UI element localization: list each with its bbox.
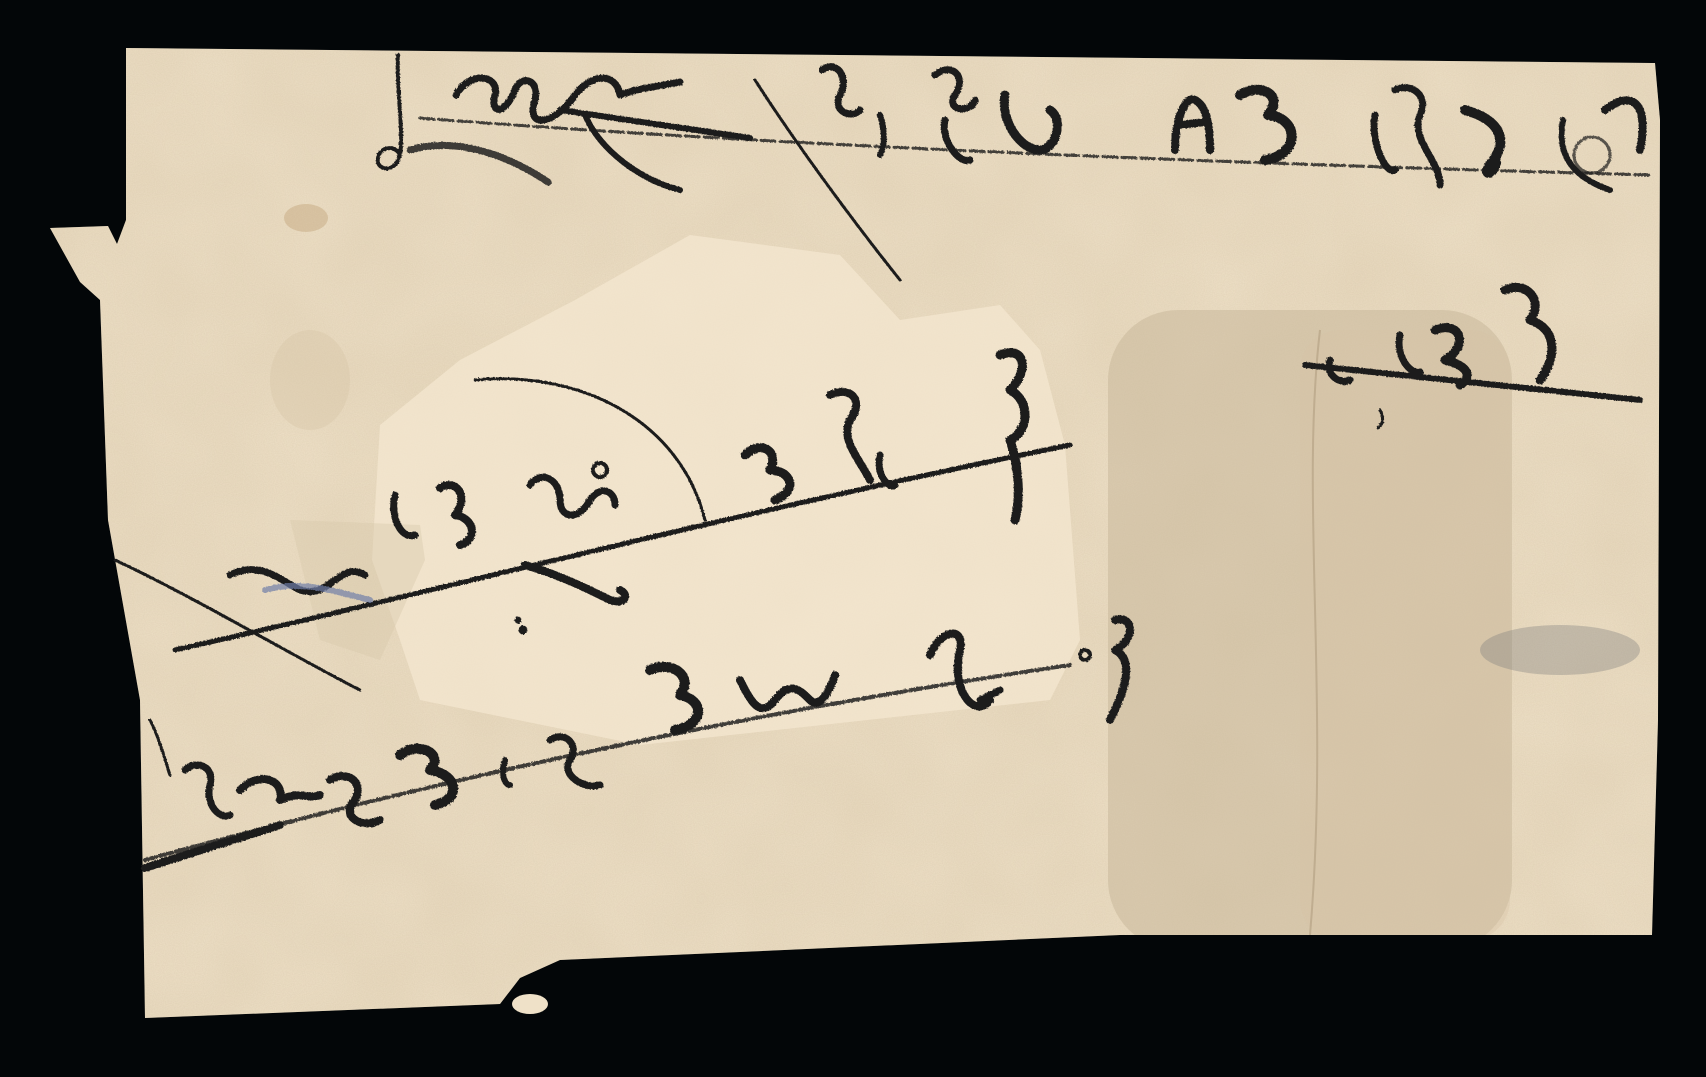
paper-fragment-illustration <box>0 0 1706 1077</box>
ink-smudge <box>1480 625 1640 675</box>
photo-stage: Fragment of aged handmade paper with han… <box>0 0 1706 1077</box>
paper <box>0 0 1706 1077</box>
